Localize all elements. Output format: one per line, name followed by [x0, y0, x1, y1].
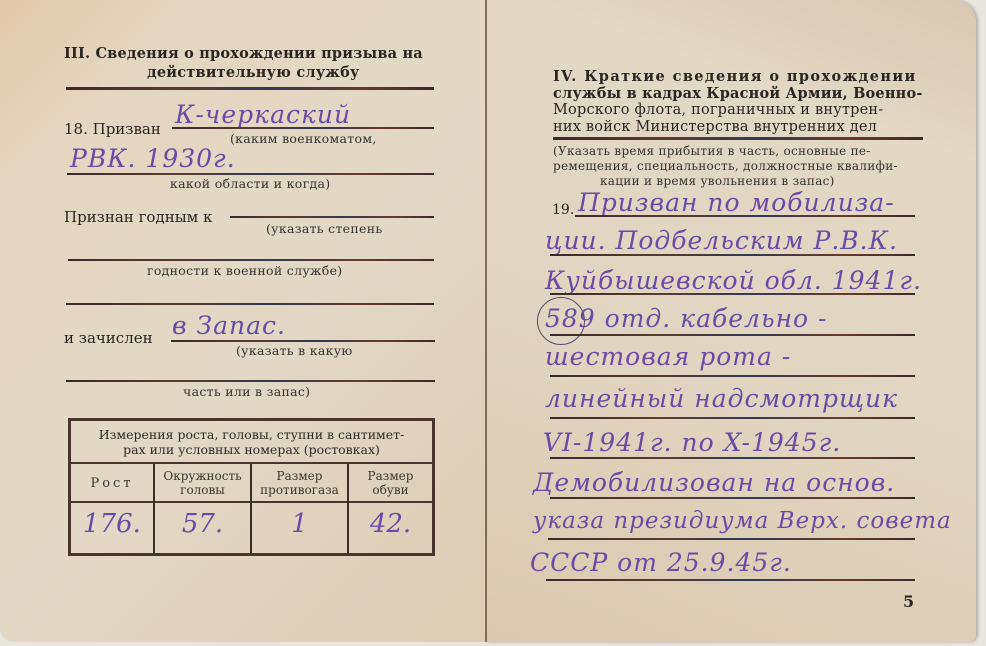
- field-line: [66, 303, 434, 305]
- enlisted-label: и зачислен: [64, 329, 153, 347]
- cell-height-value: 176.: [71, 509, 153, 539]
- instruction-line3: кации и время увольнения в запас): [600, 174, 835, 188]
- col-header-head-circumference: Окружность головы: [155, 469, 250, 497]
- section-4-title-line2: службы в кадрах Красной Армии, Военно-: [553, 85, 923, 102]
- section-4-title-line3: Морского флота, пограничных и внутрен-: [553, 102, 883, 118]
- col-header-line2: противогаза: [252, 483, 347, 497]
- section-3-title-line1: III. Сведения о прохождении призыва на: [64, 45, 423, 62]
- table-title-line1: Измерения роста, головы, ступни в сантим…: [71, 427, 432, 442]
- enlisted-value: в Запас.: [172, 311, 286, 340]
- section-3-title-line2: действительную службу: [147, 64, 360, 81]
- instruction-line1: (Указать время прибытия в часть, основны…: [553, 144, 871, 158]
- field-19-line5: шестовая рота -: [545, 342, 791, 371]
- field-line: [68, 259, 434, 261]
- field-19-line3: Куйбышевской обл. 1941г.: [545, 266, 922, 295]
- field-line: [548, 538, 915, 540]
- field-18-label: 18. Призван: [64, 120, 161, 138]
- section-4-title-line4: них войск Министерства внутренних дел: [553, 119, 877, 135]
- instruction-line2: ремещения, специальность, должностные кв…: [553, 159, 898, 173]
- col-header-height: Рост: [71, 477, 153, 491]
- enlisted-hint1: (указать в какую: [236, 343, 353, 358]
- field-line: [171, 340, 435, 342]
- field-line: [550, 417, 915, 419]
- col-header-shoe-size: Размер обуви: [349, 469, 432, 497]
- field-line: [230, 216, 434, 218]
- field-19-line6: линейный надсмотрщик: [545, 384, 898, 413]
- col-header-line2: головы: [155, 483, 250, 497]
- divider: [66, 87, 434, 90]
- field-19-line2: ции. Подбельским Р.В.К.: [545, 226, 898, 255]
- measurements-table: Измерения роста, головы, ступни в сантим…: [68, 418, 435, 556]
- field-18-hint2: какой области и когда): [170, 176, 330, 191]
- field-18-value-line2: РВК. 1930г.: [70, 144, 236, 173]
- field-line: [550, 457, 915, 459]
- col-header-line1: Окружность: [155, 469, 250, 483]
- col-header-gasmask-size: Размер противогаза: [252, 469, 347, 497]
- table-title-line2: рах или условных номерах (ростовках): [71, 442, 432, 457]
- cell-gasmask-value: 1: [252, 509, 347, 539]
- field-19-line8: Демобилизован на основ.: [533, 468, 895, 497]
- field-line: [550, 334, 915, 336]
- fitness-label: Признан годным к: [64, 208, 212, 226]
- field-line: [550, 375, 915, 377]
- col-header-line1: Размер: [349, 469, 432, 483]
- col-header-line2: обуви: [349, 483, 432, 497]
- cell-head-value: 57.: [155, 509, 250, 539]
- section-4-title-line1: IV. Краткие сведения о прохождении: [553, 68, 917, 85]
- field-line: [66, 380, 435, 382]
- field-19-line9: указа президиума Верх. совета: [533, 508, 952, 534]
- page-number: 5: [903, 592, 914, 611]
- field-19-line7: VI-1941г. по X-1945г.: [543, 428, 841, 457]
- col-header-line1: Размер: [252, 469, 347, 483]
- field-line: [575, 215, 915, 217]
- field-line: [550, 497, 915, 499]
- enlisted-hint2: часть или в запас): [183, 384, 310, 399]
- table-title: Измерения роста, головы, ступни в сантим…: [71, 427, 432, 457]
- field-line: [172, 127, 434, 129]
- fitness-hint1: (указать степень: [266, 221, 382, 236]
- field-line: [550, 293, 915, 295]
- field-18-hint1: (каким военкоматом,: [230, 131, 377, 146]
- field-line: [546, 579, 915, 581]
- field-19-line10: СССР от 25.9.45г.: [530, 548, 792, 577]
- divider: [553, 137, 923, 140]
- fitness-hint2: годности к военной службе): [147, 263, 342, 278]
- field-19-label: 19.: [552, 202, 574, 218]
- field-line: [67, 173, 434, 175]
- cell-shoe-value: 42.: [349, 509, 432, 539]
- field-18-value-line1: К-черкаский: [175, 100, 351, 129]
- field-19-line4: 589 отд. кабельно -: [545, 304, 828, 333]
- field-line: [550, 254, 915, 256]
- book-spine: [485, 0, 487, 642]
- field-19-line1: Призван по мобилиза-: [578, 188, 895, 217]
